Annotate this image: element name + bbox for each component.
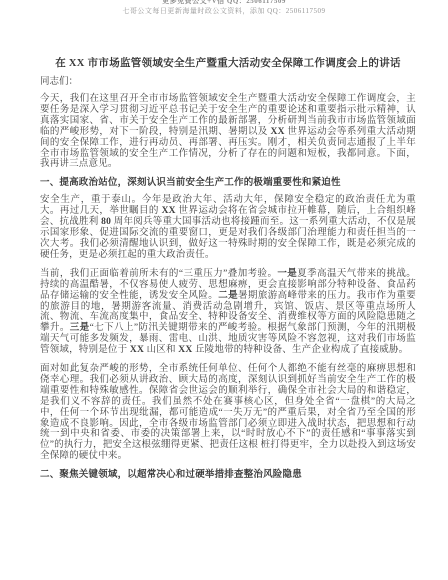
paragraph-responsibility: 面对如此复杂严峻的形势，全市系统任何单位、任何个人都绝不能有丝毫的麻痹思想和侥幸… bbox=[40, 364, 416, 462]
document-body: 在 XX 市市场监管领域安全生产暨重大活动安全保障工作调度会上的讲话 同志们： … bbox=[40, 57, 416, 487]
watermark-line-2: 七哥公文每日更新海量时政公文资料，添加 QQ：2506117509 bbox=[0, 6, 448, 16]
paragraph-political-stakes: 安全生产，重于泰山。今年是政治大年、活动大年，保障安全稳定的政治责任尤为重大。再… bbox=[40, 195, 416, 260]
paragraph-triple-pressure: 当前，我们正面临着前所未有的“三重压力”叠加考验。一是夏季高温天气带来的挑战。持… bbox=[40, 269, 416, 356]
paragraph-opening: 今天，我们在这里召开全市市场监管领域安全生产暨重大活动安全保障工作调度会，主要任… bbox=[40, 94, 416, 170]
salutation: 同志们： bbox=[40, 77, 416, 88]
document-page: 更多免费公文+V信 QQ：2506117509 七哥公文每日更新海量时政公文资料… bbox=[0, 0, 448, 580]
document-title: 在 XX 市市场监管领域安全生产暨重大活动安全保障工作调度会上的讲话 bbox=[40, 57, 416, 71]
section-heading-1: 一、提高政治站位，深刻认识当前安全生产工作的极端重要性和紧迫性 bbox=[40, 178, 416, 189]
section-heading-2: 二、聚焦关键领域，以超常决心和过硬举措排查整治风险隐患 bbox=[40, 470, 416, 481]
watermark-header: 更多免费公文+V信 QQ：2506117509 七哥公文每日更新海量时政公文资料… bbox=[0, 0, 448, 16]
